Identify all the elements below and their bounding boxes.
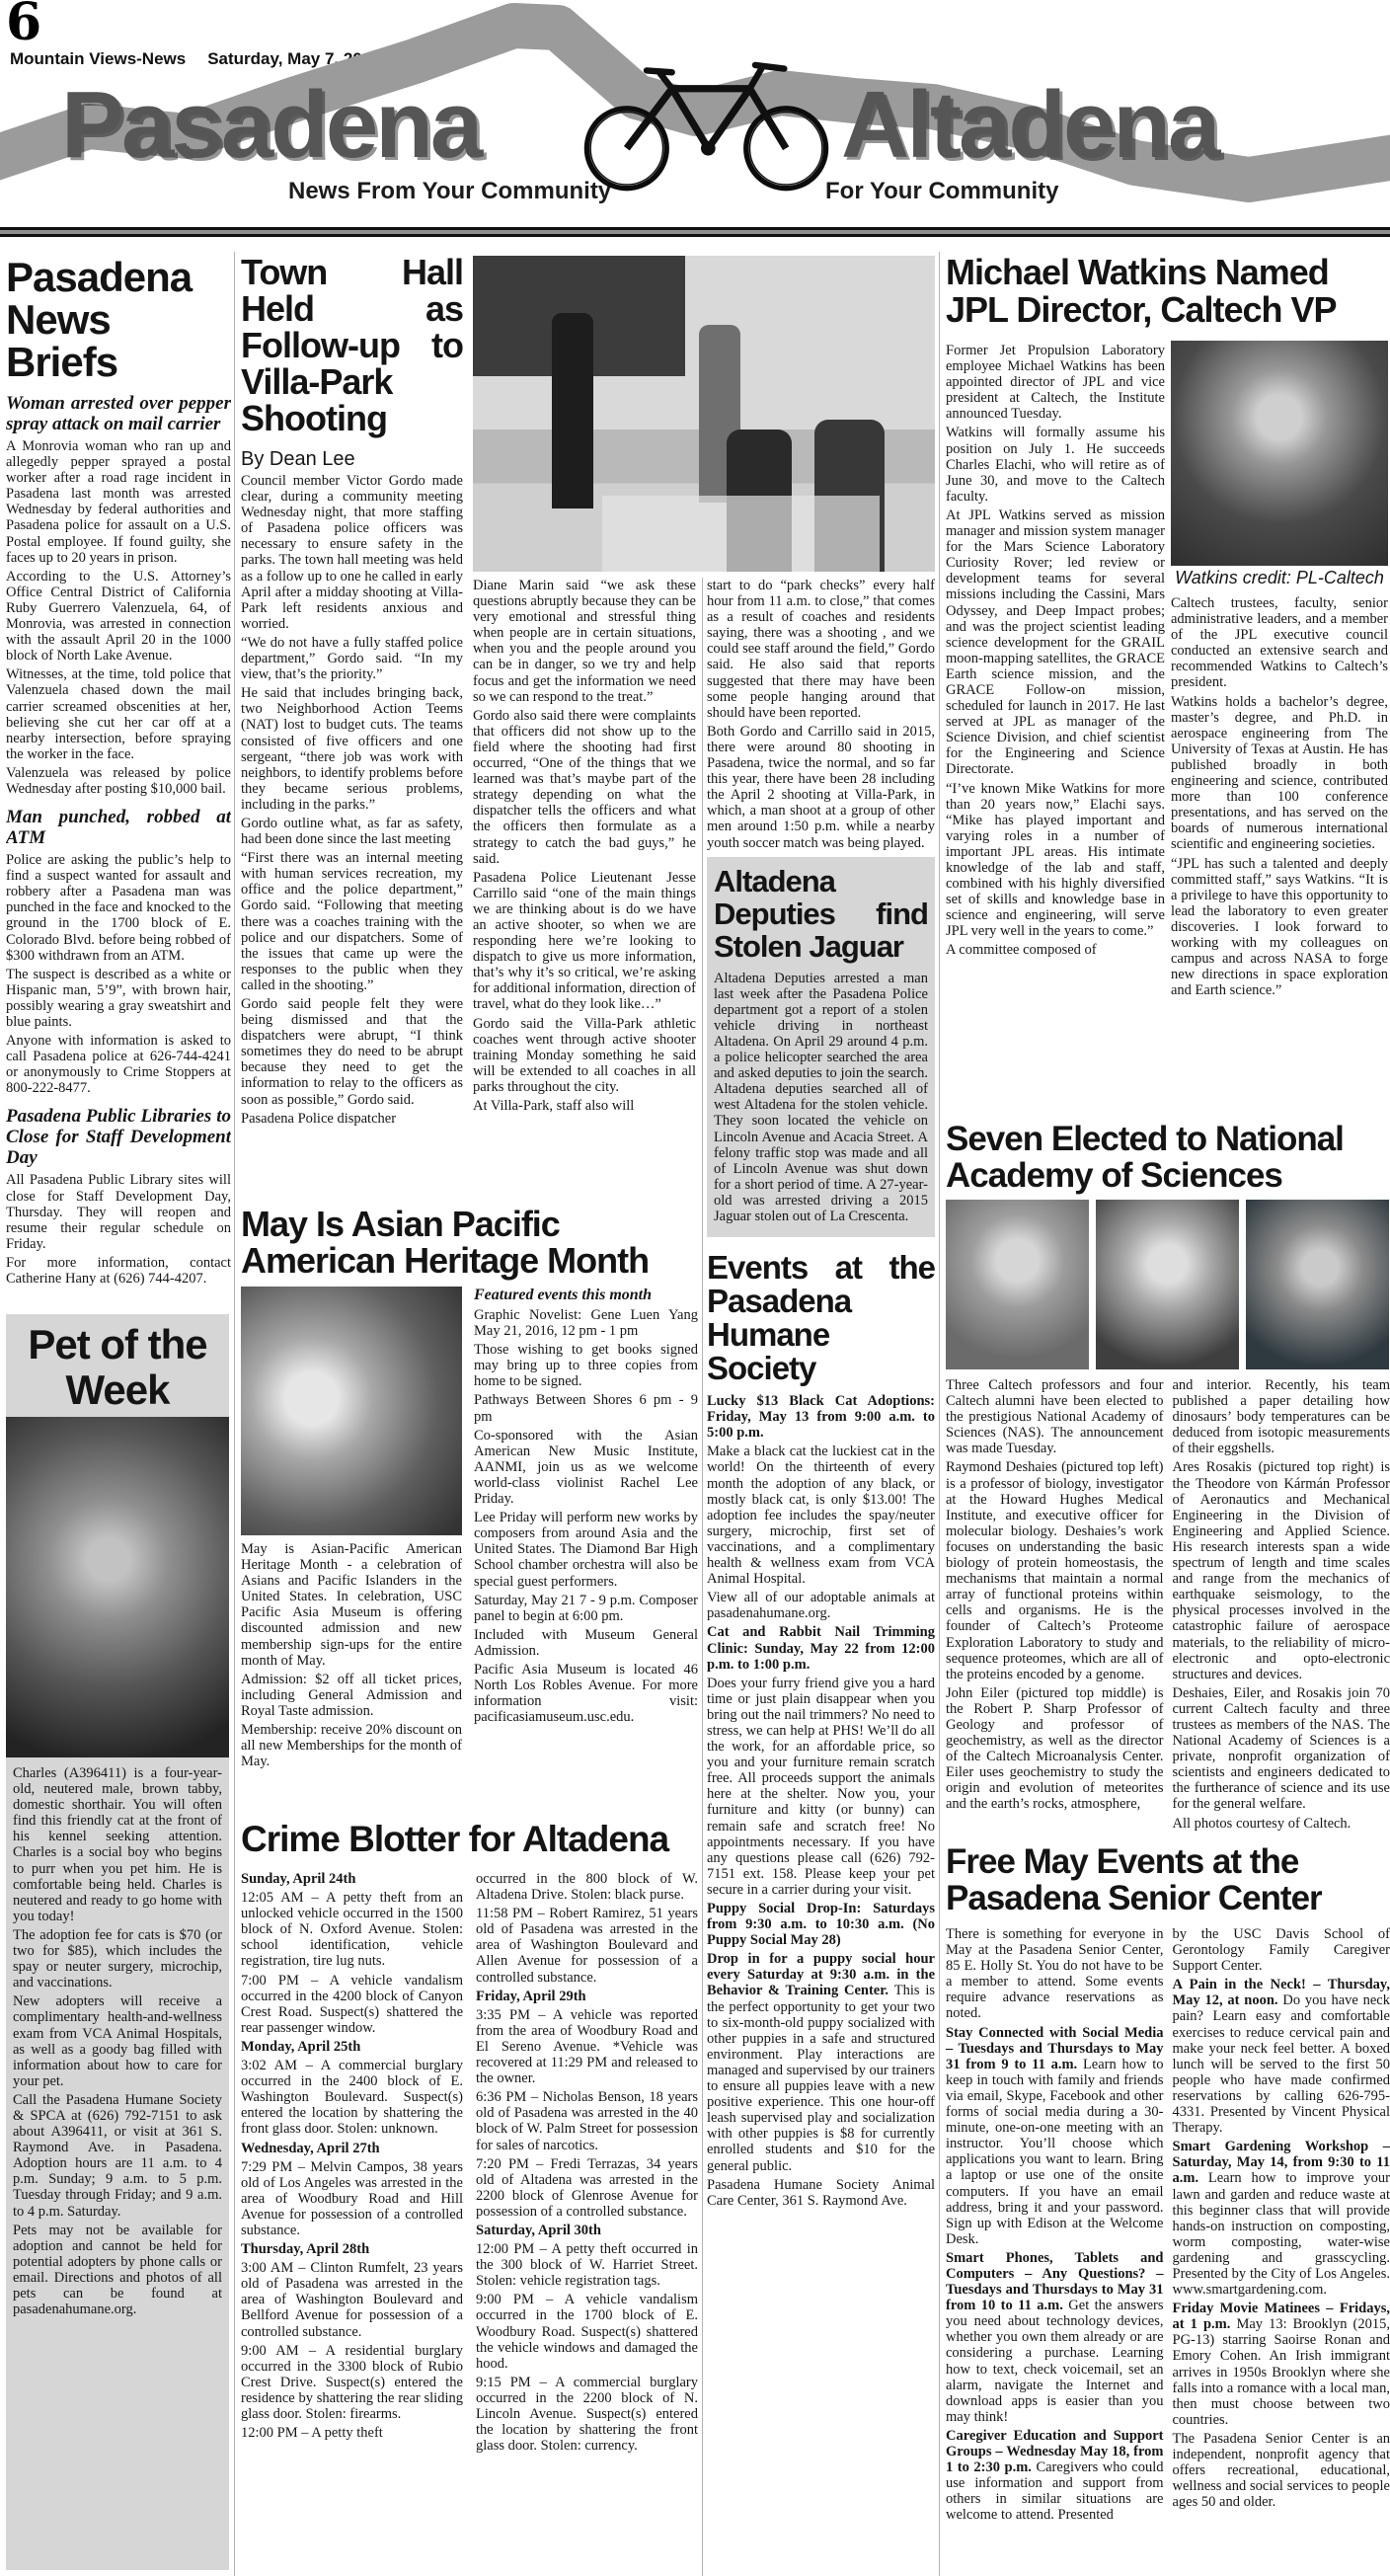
paragraph: Former Jet Propulsion Laboratory employe… <box>946 343 1165 422</box>
paragraph: 6:36 PM – Nicholas Benson, 18 years old … <box>476 2089 698 2152</box>
heritage-left-column: May is Asian-Pacific American Heritage M… <box>241 1287 462 1772</box>
paragraph: Watkins will formally assume his positio… <box>946 425 1165 504</box>
paragraph: “I’ve known Mike Watkins for more than 2… <box>946 781 1165 940</box>
paragraph: Call the Pasadena Humane Society & SPCA … <box>13 2092 222 2220</box>
deshaies-photo <box>946 1200 1089 1369</box>
paragraph: New adopters will receive a complimentar… <box>13 1993 222 2089</box>
paragraph: 11:58 PM – Robert Ramirez, 51 years old … <box>476 1906 698 1985</box>
watkins-photo-block: Watkins credit: PL-Caltech <box>1171 341 1388 588</box>
paragraph: The Pasadena Senior Center is an indepen… <box>1173 2431 1390 2510</box>
town-hall-col3: start to do “park checks” every half hou… <box>707 578 935 851</box>
brief-subhead: Man punched, robbed at ATM <box>6 807 231 848</box>
paragraph: Co-sponsored with the Asian American New… <box>474 1428 698 1507</box>
bicycle-icon <box>571 39 842 197</box>
town-hall-col1: Council member Victor Gordo made clear, … <box>241 473 463 1127</box>
column-d: start to do “park checks” every half hou… <box>707 578 935 2212</box>
banner-altadena: Altadena <box>841 71 1217 180</box>
paragraph: Friday Movie Matinees – Fridays, at 1 p.… <box>1173 2301 1390 2428</box>
byline: By Dean Lee <box>241 448 463 471</box>
featured-events-head: Featured events this month <box>474 1287 698 1304</box>
paragraph: At JPL Watkins served as mission manager… <box>946 507 1165 778</box>
paragraph: A committee composed of <box>946 942 1165 958</box>
paragraph: Those wishing to get books signed may br… <box>474 1342 698 1389</box>
watkins-title: Michael Watkins Named JPL Director, Calt… <box>946 254 1388 329</box>
paragraph: All photos courtesy of Caltech. <box>1173 1816 1390 1832</box>
paragraph: 12:00 PM – A petty theft <box>241 2425 463 2441</box>
paragraph: The suspect is described as a white or H… <box>6 967 231 1030</box>
pet-of-week-title: Pet of the Week <box>6 1314 229 1417</box>
paragraph: John Eiler (pictured top middle) is the … <box>946 1685 1164 1813</box>
news-briefs: Pasadena News Briefs Woman arrested over… <box>6 256 231 1308</box>
town-hall-meeting-photo <box>473 256 935 572</box>
paragraph: Altadena Deputies arrested a man last we… <box>714 971 928 1225</box>
paragraph: May is Asian-Pacific American Heritage M… <box>241 1541 462 1669</box>
paragraph: There is something for everyone in May a… <box>946 1926 1164 2022</box>
paragraph: 9:15 PM – A commercial burglary occurred… <box>476 2375 698 2454</box>
stolen-jaguar-body: Altadena Deputies arrested a man last we… <box>714 971 928 1225</box>
paragraph: Anyone with information is asked to call… <box>6 1033 231 1096</box>
paragraph: Ares Rosakis (pictured top right) is the… <box>1173 1459 1390 1681</box>
paragraph: Pasadena Humane Society Animal Care Cent… <box>707 2177 935 2209</box>
paragraph: For more information, contact Catherine … <box>6 1255 231 1287</box>
paragraph: Saturday, May 21 7 - 9 p.m. Composer pan… <box>474 1593 698 1624</box>
heritage-right-column: Featured events this month Graphic Novel… <box>474 1287 698 1772</box>
paragraph: Thursday, April 28th <box>241 2241 463 2257</box>
paragraph: Diane Marin said “we ask these questions… <box>473 578 696 705</box>
paragraph: Graphic Novelist: Gene Luen Yang May 21,… <box>474 1307 698 1339</box>
paragraph: Drop in for a puppy social hour every Sa… <box>707 1951 935 2173</box>
paragraph: Included with Museum General Admission. <box>474 1627 698 1659</box>
pet-of-week-body: Charles (A396411) is a four-year-old, ne… <box>6 1757 229 2328</box>
heritage-right-body: Graphic Novelist: Gene Luen Yang May 21,… <box>474 1307 698 1725</box>
masthead: 6 Mountain Views-NewsSaturday, May 7, 20… <box>0 0 1390 252</box>
paragraph: Watkins holds a bachelor’s degree, maste… <box>1171 694 1388 853</box>
paragraph: Smart Gardening Workshop – Saturday, May… <box>1173 2139 1390 2298</box>
paragraph: Membership: receive 20% discount on all … <box>241 1722 462 1769</box>
crime-blotter-title: Crime Blotter for Altadena <box>241 1820 699 1859</box>
paragraph: Wednesday, April 27th <box>241 2141 463 2156</box>
humane-events-title: Events at the Pasadena Humane Society <box>707 1251 935 1385</box>
paragraph: Cat and Rabbit Nail Trimming Clinic: Sun… <box>707 1624 935 1672</box>
stolen-jaguar-box: Altadena Deputies find Stolen Jaguar Alt… <box>707 857 935 1238</box>
paragraph: Monday, April 25th <box>241 2039 463 2055</box>
paragraph: Witnesses, at the time, told police that… <box>6 666 231 762</box>
senior-col2: by the USC Davis School of Gerontology F… <box>1173 1926 1390 2526</box>
paragraph: Police are asking the public’s help to f… <box>6 852 231 964</box>
paragraph: 7:29 PM – Melvin Campos, 38 years old of… <box>241 2159 463 2238</box>
senior-col1: There is something for everyone in May a… <box>946 1926 1164 2526</box>
heritage-left-body: May is Asian-Pacific American Heritage M… <box>241 1541 462 1769</box>
eiler-photo <box>1096 1200 1239 1369</box>
paragraph: 3:35 PM – A vehicle was reported from th… <box>476 2007 698 2086</box>
tagline-right: For Your Community <box>825 178 1058 205</box>
crime-blotter-col2: occurred in the 800 block of W. Altadena… <box>476 1871 698 2457</box>
paragraph: Both Gordo and Carrillo said in 2015, th… <box>707 724 935 851</box>
banner-pasadena: Pasadena <box>61 71 480 180</box>
town-hall-title: Town Hall Held as Follow-up to Villa-Par… <box>241 254 463 436</box>
paragraph: He said that includes bringing back, two… <box>241 685 463 813</box>
heritage-celebration-photo <box>241 1287 462 1535</box>
watkins-col2: Caltech trustees, faculty, senior admini… <box>1171 595 1388 1001</box>
academy-title: Seven Elected to National Academy of Sci… <box>946 1121 1390 1194</box>
paragraph: Sunday, April 24th <box>241 1871 463 1887</box>
paragraph: 12:05 AM – A petty theft from an unlocke… <box>241 1890 463 1969</box>
newspaper-page: 6 Mountain Views-NewsSaturday, May 7, 20… <box>0 0 1390 2576</box>
academy-section: Seven Elected to National Academy of Sci… <box>946 1121 1390 1834</box>
paragraph: The adoption fee for cats is $70 (or two… <box>13 1927 222 1991</box>
paragraph: Council member Victor Gordo made clear, … <box>241 473 463 632</box>
paragraph: 12:00 PM – A petty theft occurred in the… <box>476 2241 698 2289</box>
paragraph: and interior. Recently, his team publish… <box>1173 1377 1390 1456</box>
academy-col2: and interior. Recently, his team publish… <box>1173 1377 1390 1834</box>
rosakis-photo <box>1246 1200 1389 1369</box>
paragraph: View all of our adoptable animals at pas… <box>707 1590 935 1621</box>
cat-photo <box>6 1417 229 1757</box>
paragraph: Pacific Asia Museum is located 46 North … <box>474 1662 698 1725</box>
paragraph: Does your furry friend give you a hard t… <box>707 1676 935 1898</box>
brief-body: A Monrovia woman who ran up and allegedl… <box>6 438 231 797</box>
paragraph: start to do “park checks” every half hou… <box>707 578 935 721</box>
paragraph: Caregiver Education and Support Groups –… <box>946 2428 1164 2524</box>
brief-body: Police are asking the public’s help to f… <box>6 852 231 1096</box>
paragraph: Gordo outline what, as far as safety, ha… <box>241 816 463 847</box>
paragraph: 7:20 PM – Fredi Terrazas, 34 years old o… <box>476 2156 698 2220</box>
watkins-col1: Former Jet Propulsion Laboratory employe… <box>946 343 1165 962</box>
paragraph: occurred in the 800 block of W. Altadena… <box>476 1871 698 1903</box>
paragraph: 7:00 PM – A vehicle vandalism occurred i… <box>241 1973 463 2036</box>
police-officer-figure <box>552 313 593 508</box>
stolen-jaguar-title: Altadena Deputies find Stolen Jaguar <box>714 865 928 963</box>
paragraph: “JPL has such a talented and deeply comm… <box>1171 856 1388 999</box>
paragraph: 9:00 AM – A residential burglary occurre… <box>241 2343 463 2422</box>
paragraph: Pathways Between Shores 6 pm - 9 pm <box>474 1392 698 1424</box>
town-hall-article: Town Hall Held as Follow-up to Villa-Par… <box>241 254 463 1130</box>
senior-center-title: Free May Events at the Pasadena Senior C… <box>946 1843 1390 1916</box>
news-briefs-column: Pasadena News Briefs Woman arrested over… <box>6 256 231 1308</box>
crime-blotter-section: Crime Blotter for Altadena Sunday, April… <box>241 1820 699 2457</box>
town-hall-col2: Diane Marin said “we ask these questions… <box>473 578 696 1117</box>
watkins-photo-caption: Watkins credit: PL-Caltech <box>1171 568 1388 588</box>
column-divider <box>702 578 703 2576</box>
paragraph: Lee Priday will perform new works by com… <box>474 1510 698 1589</box>
brief-subhead: Woman arrested over pepper spray attack … <box>6 393 231 434</box>
paragraph: Pets may not be available for adoption a… <box>13 2223 222 2318</box>
tagline-left: News From Your Community <box>288 178 611 205</box>
column-divider <box>939 252 940 2576</box>
paragraph: by the USC Davis School of Gerontology F… <box>1173 1926 1390 1974</box>
heritage-month-title: May Is Asian Pacific American Heritage M… <box>241 1206 698 1279</box>
news-briefs-title: Pasadena News Briefs <box>6 256 231 383</box>
paragraph: Admission: $2 off all ticket prices, inc… <box>241 1672 462 1719</box>
paragraph: Stay Connected with Social Media – Tuesd… <box>946 2025 1164 2247</box>
paragraph: Saturday, April 30th <box>476 2223 698 2238</box>
academy-photos <box>946 1200 1390 1369</box>
page-body: Pasadena News Briefs Woman arrested over… <box>0 252 1390 2576</box>
crime-blotter-col1: Sunday, April 24th12:05 AM – A petty the… <box>241 1871 463 2457</box>
paragraph: Make a black cat the luckiest cat in the… <box>707 1444 935 1587</box>
paragraph: Valenzuela was released by police Wednes… <box>6 765 231 797</box>
paragraph: All Pasadena Public Library sites will c… <box>6 1172 231 1251</box>
paragraph: According to the U.S. Attorney’s Office … <box>6 569 231 664</box>
paragraph: Charles (A396411) is a four-year-old, ne… <box>13 1765 222 1924</box>
paragraph: Deshaies, Eiler, and Rosakis join 70 cur… <box>1173 1685 1390 1813</box>
folding-chairs <box>602 496 880 572</box>
paragraph: 3:02 AM – A commercial burglary occurred… <box>241 2058 463 2137</box>
humane-events-body: Lucky $13 Black Cat Adoptions: Friday, M… <box>707 1393 935 2209</box>
paragraph: 3:00 AM – Clinton Rumfelt, 23 years old … <box>241 2260 463 2339</box>
paragraph: Friday, April 29th <box>476 1989 698 2004</box>
brief-subhead: Pasadena Public Libraries to Close for S… <box>6 1106 231 1168</box>
paragraph: Pasadena Police dispatcher <box>241 1111 463 1127</box>
brief-body: All Pasadena Public Library sites will c… <box>6 1172 231 1287</box>
paragraph: Pasadena Police Lieutenant Jesse Carrill… <box>473 870 696 1013</box>
paragraph: Gordo said people felt they were being d… <box>241 996 463 1108</box>
paragraph: A Monrovia woman who ran up and allegedl… <box>6 438 231 566</box>
watkins-portrait-photo <box>1171 341 1388 566</box>
paragraph: A Pain in the Neck! – Thursday, May 12, … <box>1173 1977 1390 2136</box>
column-divider <box>234 252 235 2576</box>
paragraph: Raymond Deshaies (pictured top left) is … <box>946 1459 1164 1681</box>
pet-of-the-week-box: Pet of the Week Charles (A396411) is a f… <box>6 1314 229 2570</box>
paragraph: “We do not have a fully staffed police d… <box>241 635 463 682</box>
paragraph: Smart Phones, Tablets and Computers – An… <box>946 2250 1164 2425</box>
paragraph: Gordo also said there were complaints th… <box>473 708 696 867</box>
paragraph: “First there was an internal meeting wit… <box>241 850 463 993</box>
paragraph: Gordo said the Villa-Park athletic coach… <box>473 1016 696 1095</box>
academy-col1: Three Caltech professors and four Caltec… <box>946 1377 1164 1834</box>
paragraph: Puppy Social Drop-In: Saturdays from 9:3… <box>707 1901 935 1948</box>
senior-center-section: Free May Events at the Pasadena Senior C… <box>946 1843 1390 2526</box>
paragraph: 9:00 PM – A vehicle vandalism occurred i… <box>476 2292 698 2371</box>
paragraph: Lucky $13 Black Cat Adoptions: Friday, M… <box>707 1393 935 1441</box>
paragraph: At Villa-Park, staff also will <box>473 1098 696 1114</box>
paragraph: Caltech trustees, faculty, senior admini… <box>1171 595 1388 691</box>
paragraph: Three Caltech professors and four Caltec… <box>946 1377 1164 1456</box>
heritage-month-section: May Is Asian Pacific American Heritage M… <box>241 1206 698 1772</box>
